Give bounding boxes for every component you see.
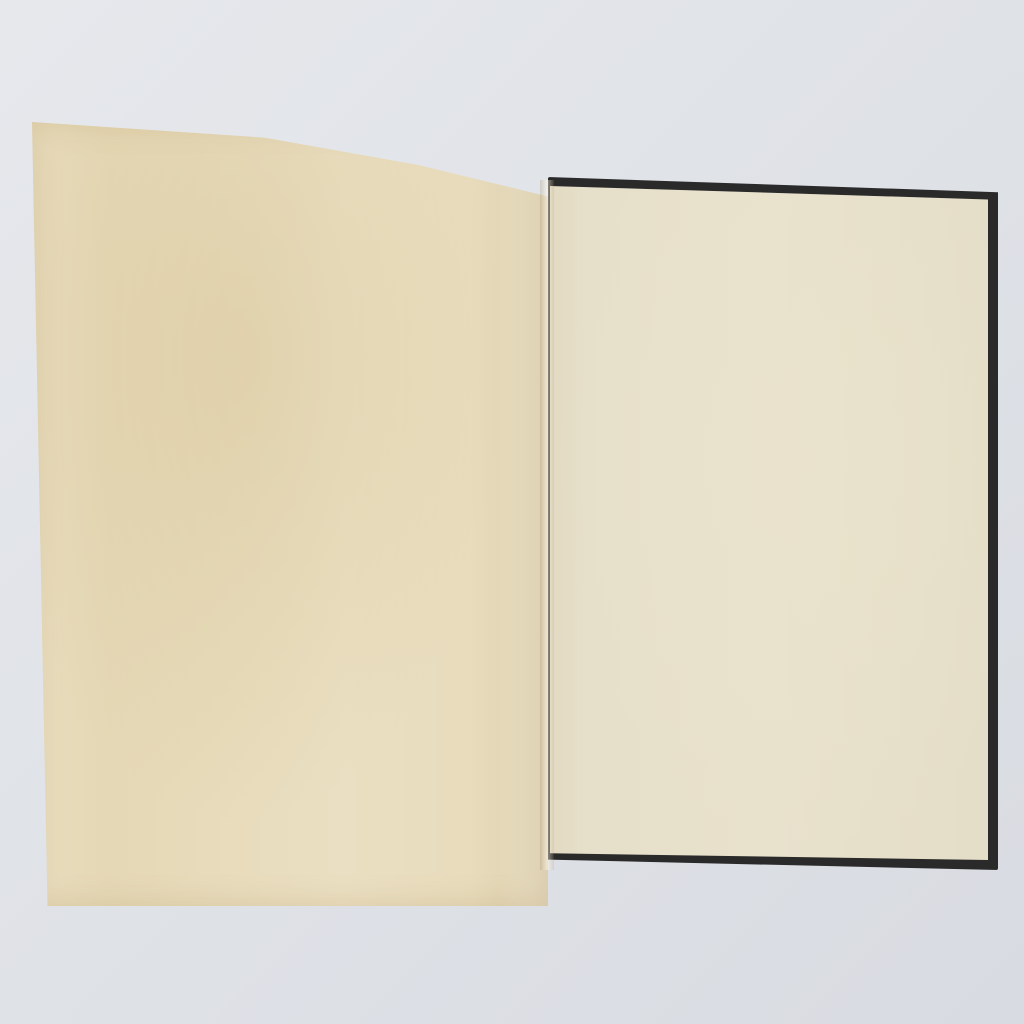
photo-scene <box>0 0 1024 1024</box>
right-pastedown-endpaper <box>550 186 988 860</box>
left-endpaper-page <box>32 122 548 906</box>
book-gutter <box>540 180 554 870</box>
